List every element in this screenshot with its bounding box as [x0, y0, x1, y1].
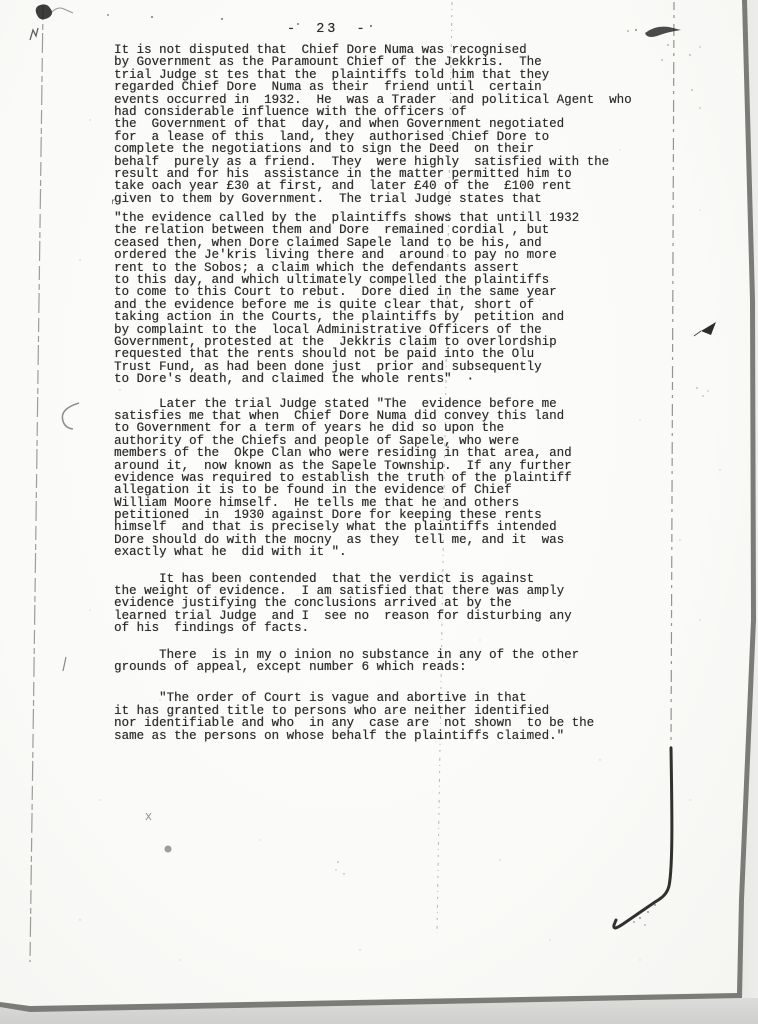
document-text: It is not disputed that Chief Dore Numa …: [114, 44, 754, 742]
text-line: requested that the rents should not be p…: [114, 348, 754, 360]
text-line: complete the negotiations and to sign th…: [114, 143, 754, 155]
text-line: allegation it is to be found in the evid…: [114, 484, 754, 496]
text-line: the Government of that day, and when Gov…: [114, 118, 754, 130]
text-line: same as the persons on whose behalf the …: [114, 730, 754, 742]
text-line: exactly what he did with it ".: [114, 546, 754, 558]
text-line: take oach year £30 at first, and later £…: [114, 180, 754, 192]
text-line: to Dore's death, and claimed the whole r…: [114, 373, 754, 385]
text-line: members of the Okpe Clan who were residi…: [114, 447, 754, 459]
paragraph-p1: It is not disputed that Chief Dore Numa …: [114, 44, 754, 205]
text-line: to Government for a term of years he did…: [114, 422, 754, 434]
text-line: given to them by Government. The trial J…: [114, 193, 754, 205]
paragraph-p6: "The order of Court is vague and abortiv…: [114, 692, 754, 742]
paragraph-p3: Later the trial Judge stated "The eviden…: [114, 398, 754, 559]
text-line: taking action in the Courts, the plainti…: [114, 311, 754, 323]
paragraph-p2: "the evidence called by the plaintiffs s…: [114, 212, 754, 385]
text-line: "The order of Court is vague and abortiv…: [114, 692, 754, 704]
text-line: regarded Chief Dore Numa as their friend…: [114, 81, 754, 93]
scanned-page: - 23 - r It is not disputed that Chief D…: [0, 0, 758, 1024]
text-line: evidence justifying the conclusions arri…: [114, 597, 754, 609]
text-line: grounds of appeal, except number 6 which…: [114, 661, 754, 673]
paragraph-p5: There is in my o inion no substance in a…: [114, 649, 754, 674]
paragraph-p4: It has been contended that the verdict i…: [114, 573, 754, 635]
text-line: the relation between them and Dore remai…: [114, 224, 754, 236]
text-line: by Government as the Paramount Chief of …: [114, 56, 754, 68]
text-line: nor identifiable and who in any case are…: [114, 717, 754, 729]
text-line: to come to this Court to rebut. Dore die…: [114, 286, 754, 298]
text-line: of his findings of facts.: [114, 622, 754, 634]
text-line: himself and that is precisely what the p…: [114, 521, 754, 533]
text-line: ordered the Je'kris living there and aro…: [114, 249, 754, 261]
page-number: - 23 -: [287, 22, 368, 37]
